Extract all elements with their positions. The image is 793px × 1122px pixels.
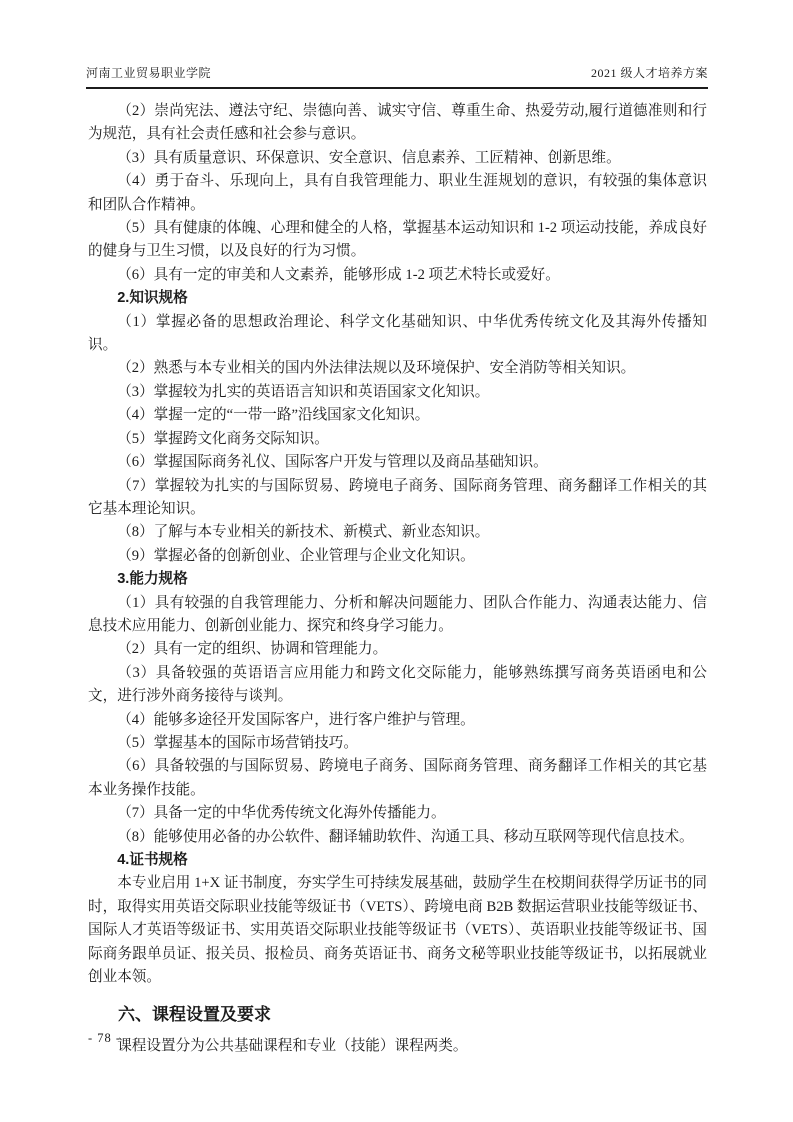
paragraph: （6）具有一定的审美和人文素养，能够形成 1-2 项艺术特长或爱好。 [88, 264, 707, 287]
paragraph: （6）具备较强的与国际贸易、跨境电子商务、国际商务管理、商务翻译工作相关的其它基… [88, 755, 707, 802]
paragraph: （5）掌握跨文化商务交际知识。 [88, 428, 707, 451]
paragraph: （6）掌握国际商务礼仪、国际客户开发与管理以及商品基础知识。 [88, 451, 707, 474]
paragraph: 本专业启用 1+X 证书制度，夯实学生可持续发展基础，鼓励学生在校期间获得学历证… [88, 872, 707, 989]
document-page: 河南工业贸易职业学院 2021 级人才培养方案 （2）崇尚宪法、遵法守纪、崇德向… [0, 0, 793, 1122]
paragraph: （2）具有一定的组织、协调和管理能力。 [88, 638, 707, 661]
section-heading: 六、课程设置及要求 [88, 1002, 707, 1028]
paragraph: （3）具备较强的英语语言应用能力和跨文化交际能力，能够熟练撰写商务英语函电和公文… [88, 662, 707, 709]
paragraph: （8）能够使用必备的办公软件、翻译辅助软件、沟通工具、移动互联网等现代信息技术。 [88, 826, 707, 849]
page-header: 河南工业贸易职业学院 2021 级人才培养方案 [86, 64, 708, 89]
paragraph: （4）勇于奋斗、乐现向上，具有自我管理能力、职业生涯规划的意识，有较强的集体意识… [88, 170, 707, 217]
header-school-name: 河南工业贸易职业学院 [86, 64, 211, 81]
paragraph: （5）具有健康的体魄、心理和健全的人格，掌握基本运动知识和 1-2 项运动技能，… [88, 217, 707, 264]
paragraph: （9）掌握必备的创新创业、企业管理与企业文化知识。 [88, 545, 707, 568]
paragraph: （5）掌握基本的国际市场营销技巧。 [88, 732, 707, 755]
document-body: （2）崇尚宪法、遵法守纪、崇德向善、诚实守信、尊重生命、热爱劳动,履行道德准则和… [88, 100, 707, 1059]
paragraph: （8）了解与本专业相关的新技术、新模式、新业态知识。 [88, 521, 707, 544]
sub-heading: 4.证书规格 [88, 849, 707, 872]
paragraph: （7）具备一定的中华优秀传统文化海外传播能力。 [88, 802, 707, 825]
paragraph: （3）掌握较为扎实的英语语言知识和英语国家文化知识。 [88, 381, 707, 404]
paragraph: （1）掌握必备的思想政治理论、科学文化基础知识、中华优秀传统文化及其海外传播知识… [88, 311, 707, 358]
page-footer: - 78 - [88, 1031, 121, 1046]
paragraph: （2）崇尚宪法、遵法守纪、崇德向善、诚实守信、尊重生命、热爱劳动,履行道德准则和… [88, 100, 707, 147]
sub-heading: 2.知识规格 [88, 287, 707, 310]
header-document-title: 2021 级人才培养方案 [591, 64, 708, 81]
paragraph: （4）能够多途径开发国际客户，进行客户维护与管理。 [88, 709, 707, 732]
paragraph: 课程设置分为公共基础课程和专业（技能）课程两类。 [88, 1035, 707, 1058]
page-number: - 78 - [88, 1031, 121, 1045]
paragraph: （4）掌握一定的“一带一路”沿线国家文化知识。 [88, 404, 707, 427]
sub-heading: 3.能力规格 [88, 568, 707, 591]
paragraph: （7）掌握较为扎实的与国际贸易、跨境电子商务、国际商务管理、商务翻译工作相关的其… [88, 475, 707, 522]
paragraph: （1）具有较强的自我管理能力、分析和解决问题能力、团队合作能力、沟通表达能力、信… [88, 592, 707, 639]
paragraph: （3）具有质量意识、环保意识、安全意识、信息素养、工匠精神、创新思维。 [88, 147, 707, 170]
paragraph: （2）熟悉与本专业相关的国内外法律法规以及环境保护、安全消防等相关知识。 [88, 357, 707, 380]
